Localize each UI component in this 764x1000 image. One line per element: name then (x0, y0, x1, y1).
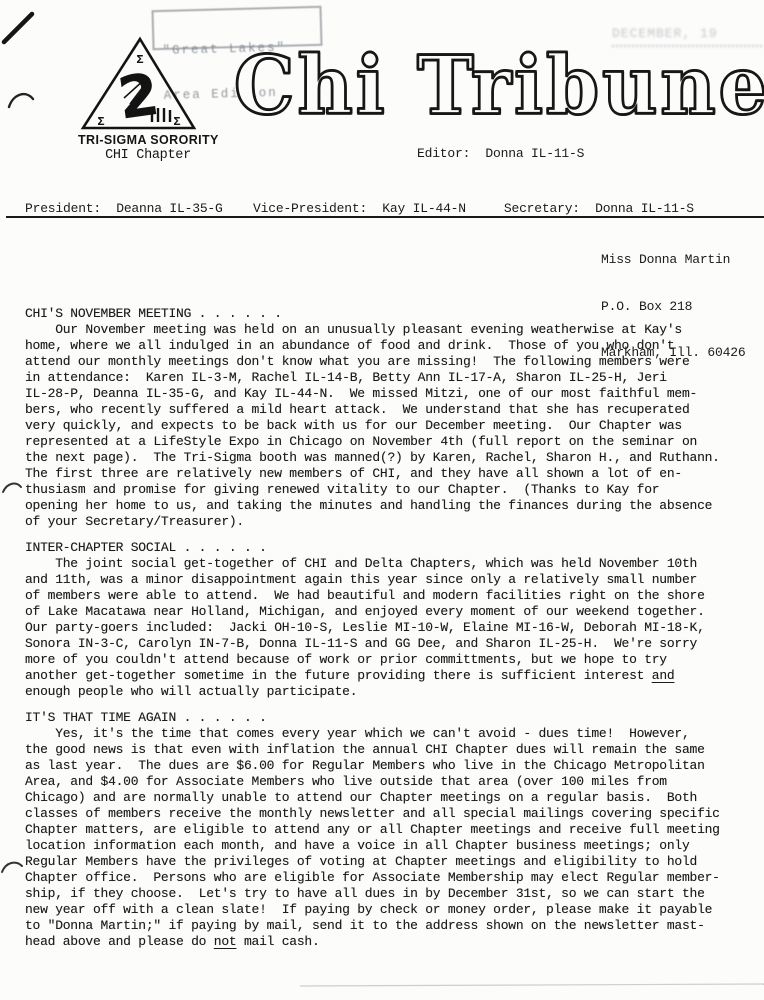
body-line: the good news is that even with inflatio… (25, 742, 757, 758)
body-line: Sonora IN-3-C, Carolyn IN-7-B, Donna IL-… (25, 636, 757, 652)
masthead-rule (6, 216, 764, 218)
body-line: to "Donna Martin;" if paying by mail, se… (25, 918, 757, 934)
spacer (470, 146, 485, 161)
body-line: and 11th, was a minor disappointment aga… (25, 572, 757, 588)
body-line: as last year. The dues are $6.00 for Reg… (25, 758, 757, 774)
body-line: the next page). The Tri-Sigma booth was … (25, 450, 757, 466)
pen-curve-mark (9, 94, 33, 107)
address-line: Miss Donna Martin (601, 252, 745, 268)
editor-label: Editor: (417, 146, 470, 161)
body-line: of members were able to attend. We had b… (25, 588, 757, 604)
crest-numeral: 2 (114, 60, 163, 132)
text-segment: head above and please do (25, 934, 214, 949)
editor-line: Editor: Donna IL-11-S (417, 146, 584, 161)
body-line: IL-28-P, Deanna IL-35-G, and Kay IL-44-N… (25, 386, 757, 402)
officers-line: President: Deanna IL-35-G Vice-President… (25, 201, 694, 216)
body-line: very quickly, and expects to be back wit… (25, 418, 757, 434)
body-line: more of you couldn't attend because of w… (25, 652, 757, 668)
section-heading: CHI'S NOVEMBER MEETING . . . . . . (25, 306, 757, 322)
pen-stroke-mark (4, 14, 32, 42)
body-line: The joint social get-together of CHI and… (25, 556, 757, 572)
body-line: home, where we all indulged in an abunda… (25, 338, 757, 354)
section-heading: INTER-CHAPTER SOCIAL . . . . . . (25, 540, 757, 556)
body-line: opening her home to us, and taking the m… (25, 498, 757, 514)
body-line: Chapter office. Persons who are eligible… (25, 870, 757, 886)
body-sections: CHI'S NOVEMBER MEETING . . . . . . Our N… (25, 306, 757, 960)
body-line: in attendance: Karen IL-3-M, Rachel IL-1… (25, 370, 757, 386)
body-line: Our party-goers included: Jacki OH-10-S,… (25, 620, 757, 636)
body-line: of your Secretary/Treasurer). (25, 514, 757, 530)
margin-curve-mark (3, 484, 21, 492)
underlined-word: not (214, 934, 237, 949)
body-line: Our November meeting was held on an unus… (25, 322, 757, 338)
section-1: INTER-CHAPTER SOCIAL . . . . . . The joi… (25, 540, 757, 700)
body-line: another get-together sometime in the fut… (25, 668, 757, 684)
body-line: classes of members receive the monthly n… (25, 806, 757, 822)
section-heading: IT'S THAT TIME AGAIN . . . . . . (25, 710, 757, 726)
body-line: bers, who recently suffered a mild heart… (25, 402, 757, 418)
chapter-name: CHI Chapter (78, 148, 218, 163)
section-2: IT'S THAT TIME AGAIN . . . . . . Yes, it… (25, 710, 757, 950)
sigma-glyph: Σ (97, 115, 104, 129)
body-line: Chicago) and are normally unable to atte… (25, 790, 757, 806)
body-line: location information each month, and hav… (25, 838, 757, 854)
body-line: The first three are relatively new membe… (25, 466, 757, 482)
body-line: enough people who will actually particip… (25, 684, 757, 700)
editor-value: Donna IL-11-S (485, 146, 584, 161)
body-line: new year off with a clean slate! If payi… (25, 902, 757, 918)
body-line: Area, and $4.00 for Associate Members wh… (25, 774, 757, 790)
body-line: head above and please do not mail cash. (25, 934, 757, 950)
body-line: thusiasm and promise for giving renewed … (25, 482, 757, 498)
text-segment: another get-together sometime in the fut… (25, 668, 652, 683)
body-line: Regular Members have the privileges of v… (25, 854, 757, 870)
sorority-name: TRI-SIGMA SORORITY (78, 133, 218, 147)
text-segment: mail cash. (236, 934, 319, 949)
underlined-word: and (652, 668, 675, 683)
sorority-logo: Σ Σ Σ 2 TRI-SIGMA SORORITY CHI Chapter (78, 36, 218, 163)
triangle-crest-icon: Σ Σ Σ 2 (78, 36, 218, 132)
body-line: Yes, it's the time that comes every year… (25, 726, 757, 742)
body-line: attend our monthly meetings don't know w… (25, 354, 757, 370)
body-line: ship, if they choose. Let's try to have … (25, 886, 757, 902)
section-0: CHI'S NOVEMBER MEETING . . . . . . Our N… (25, 306, 757, 530)
body-line: of Lake Macatawa near Holland, Michigan,… (25, 604, 757, 620)
body-line: Chapter matters, are eligible to attend … (25, 822, 757, 838)
scan-line-artifact (300, 984, 764, 986)
newsletter-title: Chi Tribune (234, 37, 744, 135)
sigma-glyph: Σ (173, 115, 180, 129)
margin-curve-mark (2, 863, 22, 872)
newsletter-page: "Great Lakes" Area Edition DECEMBER, 19 … (0, 0, 764, 1000)
body-line: represented at a LifeStyle Expo in Chica… (25, 434, 757, 450)
